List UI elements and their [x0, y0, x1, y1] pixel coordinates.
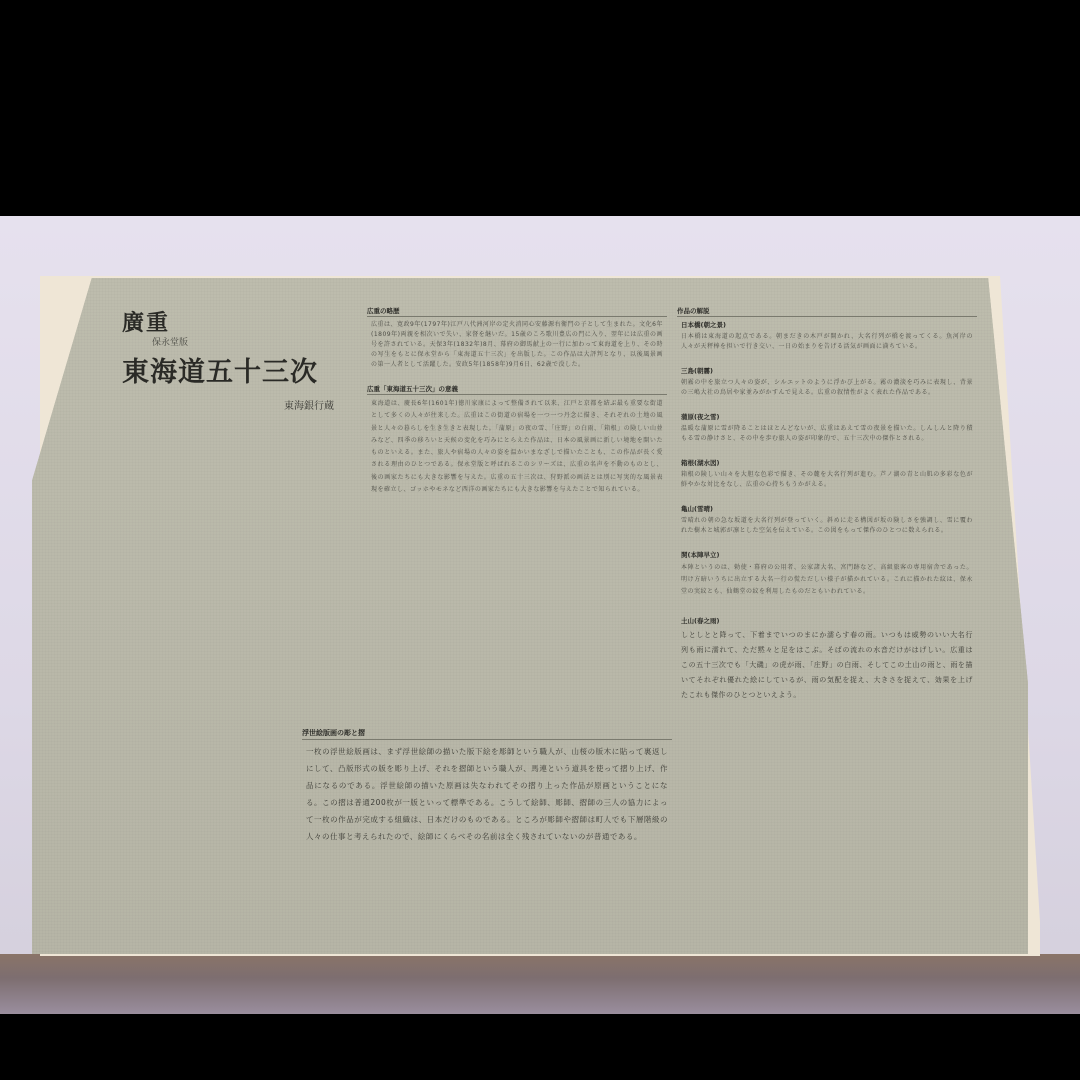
section-heading: 広重の略歴 [367, 306, 667, 317]
print-folder-cover: 廣重 保永堂版 東海道五十三次 東海銀行蔵 広重の略歴 広重は、寛政9年(179… [32, 278, 1028, 954]
section-biography: 広重の略歴 広重は、寛政9年(1797年)江戸八代洲河岸の定火消同心安藤源右衛門… [367, 306, 667, 370]
item-body: 朝霧の中を旅立つ人々の姿が、シルエットのように浮かび上がる。霧の濃淡を巧みに表現… [677, 378, 977, 398]
item-heading: 土山(春之雨) [681, 616, 977, 625]
middle-column: 広重の略歴 広重は、寛政9年(1797年)江戸八代洲河岸の定火消同心安藤源右衛門… [367, 306, 667, 506]
item-heading: 関(本陣早立) [681, 550, 977, 559]
item-heading: 箱根(湖水図) [681, 458, 977, 467]
item-body: 日本橋は東海道の起点である。朝まだきの木戸が開かれ、大名行列が橋を渡ってくる。魚… [677, 332, 977, 352]
commentary-item: 蒲原(夜之雪) 温暖な蒲原に雪が降ることはほとんどないが、広重はあえて雪の夜景を… [677, 412, 977, 444]
item-body: 本陣というのは、勅使・幕府の公用者、公家諸大名、宮門跡など、高級旅客の専用宿舎で… [677, 562, 977, 598]
edition-label: 保永堂版 [152, 335, 342, 348]
section-heading: 浮世絵版画の彫と摺 [302, 728, 672, 740]
photo-background: 廣重 保永堂版 東海道五十三次 東海銀行蔵 広重の略歴 広重は、寛政9年(179… [0, 216, 1080, 1014]
item-heading: 亀山(雪晴) [681, 504, 977, 513]
section-heading: 広重「東海道五十三次」の意義 [367, 384, 667, 395]
item-heading: 蒲原(夜之雪) [681, 412, 977, 421]
document-title: 東海道五十三次 [122, 350, 342, 389]
item-body: 雪晴れの朝の急な坂道を大名行列が登っていく。斜めに走る構図が坂の険しさを強調し、… [677, 516, 977, 536]
commentary-item: 亀山(雪晴) 雪晴れの朝の急な坂道を大名行列が登っていく。斜めに走る構図が坂の険… [677, 504, 977, 536]
artist-name: 廣重 [122, 306, 342, 337]
item-heading: 日本橋(朝之景) [681, 320, 977, 329]
section-heading: 作品の解説 [677, 306, 977, 317]
item-body: 温暖な蒲原に雪が降ることはほとんどないが、広重はあえて雪の夜景を描いた。しんしん… [677, 424, 977, 444]
section-significance: 広重「東海道五十三次」の意義 東海道は、慶長6年(1601年)徳川家康によって整… [367, 384, 667, 496]
commentary-item: 日本橋(朝之景) 日本橋は東海道の起点である。朝まだきの木戸が開かれ、大名行列が… [677, 320, 977, 352]
section-carving-printing: 浮世絵版画の彫と摺 一枚の浮世絵版画は、まず浮世絵師の描いた版下絵を彫師という職… [302, 728, 672, 845]
commentary-item: 関(本陣早立) 本陣というのは、勅使・幕府の公用者、公家諸大名、宮門跡など、高級… [677, 550, 977, 598]
section-body: 東海道は、慶長6年(1601年)徳川家康によって整備されて以来、江戸と京都を結ぶ… [367, 398, 667, 496]
item-body: しとしとと降って、下着までいつのまにか濡らす春の雨。いつもは威勢のいい大名行列も… [677, 628, 977, 703]
publisher-label: 東海銀行蔵 [122, 397, 334, 412]
right-column: 作品の解説 日本橋(朝之景) 日本橋は東海道の起点である。朝まだきの木戸が開かれ… [677, 306, 977, 703]
section-body: 一枚の浮世絵版画は、まず浮世絵師の描いた版下絵を彫師という職人が、山桜の版木に貼… [302, 743, 672, 845]
section-body: 広重は、寛政9年(1797年)江戸八代洲河岸の定火消同心安藤源右衛門の子として生… [367, 320, 667, 370]
item-heading: 三島(朝霧) [681, 366, 977, 375]
commentary-item: 箱根(湖水図) 箱根の険しい山々を大胆な色彩で描き、その麓を大名行列が進む。芦ノ… [677, 458, 977, 490]
title-block: 廣重 保永堂版 東海道五十三次 東海銀行蔵 [122, 306, 342, 412]
item-body: 箱根の険しい山々を大胆な色彩で描き、その麓を大名行列が進む。芦ノ湖の青と山肌の多… [677, 470, 977, 490]
card-underside-shadow [0, 954, 1080, 1014]
commentary-item: 土山(春之雨) しとしとと降って、下着までいつのまにか濡らす春の雨。いつもは威勢… [677, 616, 977, 703]
commentary-item: 三島(朝霧) 朝霧の中を旅立つ人々の姿が、シルエットのように浮かび上がる。霧の濃… [677, 366, 977, 398]
